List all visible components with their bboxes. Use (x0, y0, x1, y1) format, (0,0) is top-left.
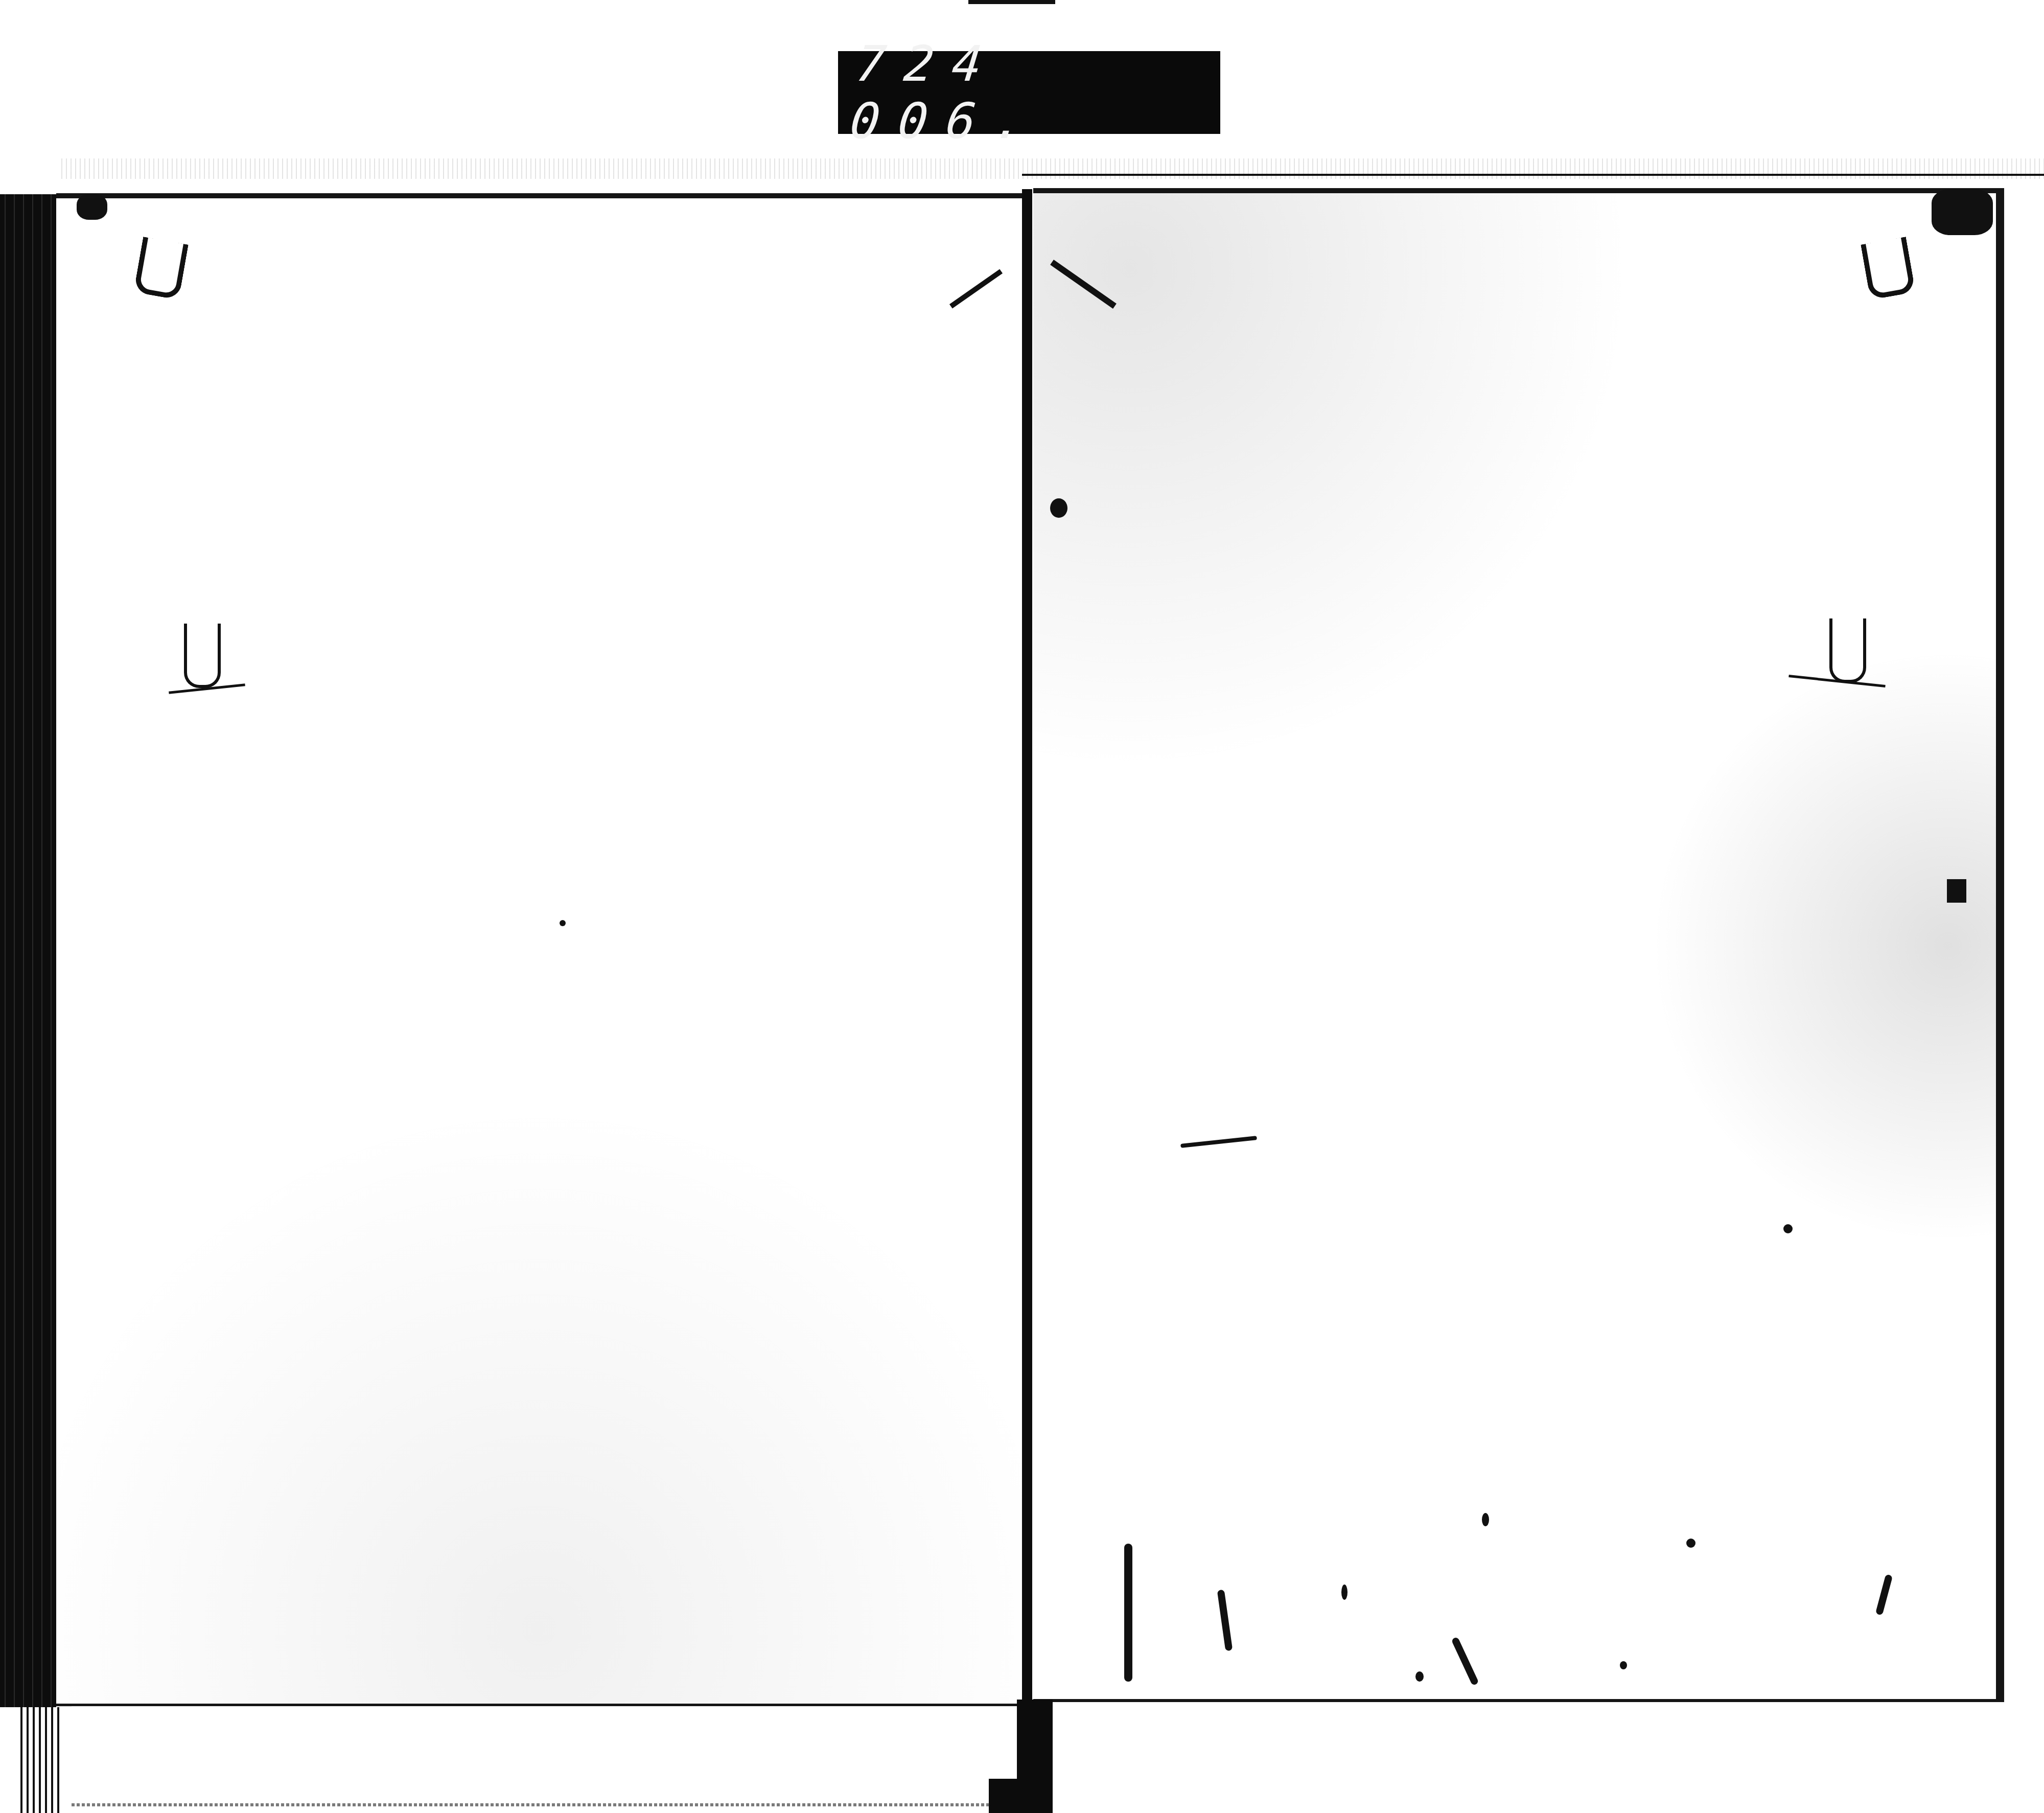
bottom-edge-line (72, 1803, 991, 1806)
frame-number-label: 724 006. (838, 51, 1220, 134)
stain-dot (1620, 1661, 1627, 1669)
paper-grain (1033, 193, 1996, 1699)
clip-mark (1829, 618, 1866, 683)
corner-stain-mark (1932, 189, 1993, 235)
stain-dot (1783, 1224, 1793, 1233)
book-spine (1022, 189, 1032, 1702)
stain-dot (1686, 1539, 1695, 1548)
top-scan-noise (61, 158, 2044, 179)
stain-dot (1341, 1585, 1348, 1600)
corner-stain-mark (77, 194, 107, 220)
frame-number: 724 006. (847, 35, 1211, 150)
left-page (56, 193, 1022, 1706)
clip-mark (184, 624, 221, 688)
edge-mark (1947, 879, 1966, 903)
book-left-edge (0, 194, 56, 1707)
stain-dot (1050, 498, 1067, 518)
stain-dot (1482, 1513, 1489, 1526)
spine-foot-step (989, 1779, 1019, 1813)
right-page (1033, 188, 2004, 1702)
page-stack-fringe (20, 1707, 61, 1813)
paper-grain (56, 198, 1022, 1704)
spine-foot (1017, 1700, 1053, 1813)
stain-streak (1124, 1544, 1132, 1682)
top-rule (1022, 174, 2044, 176)
stain-dot (1415, 1671, 1424, 1682)
stain-dot (560, 920, 566, 926)
scanned-document: 724 006. (0, 0, 2044, 1813)
top-smudge-mark (968, 0, 1055, 4)
